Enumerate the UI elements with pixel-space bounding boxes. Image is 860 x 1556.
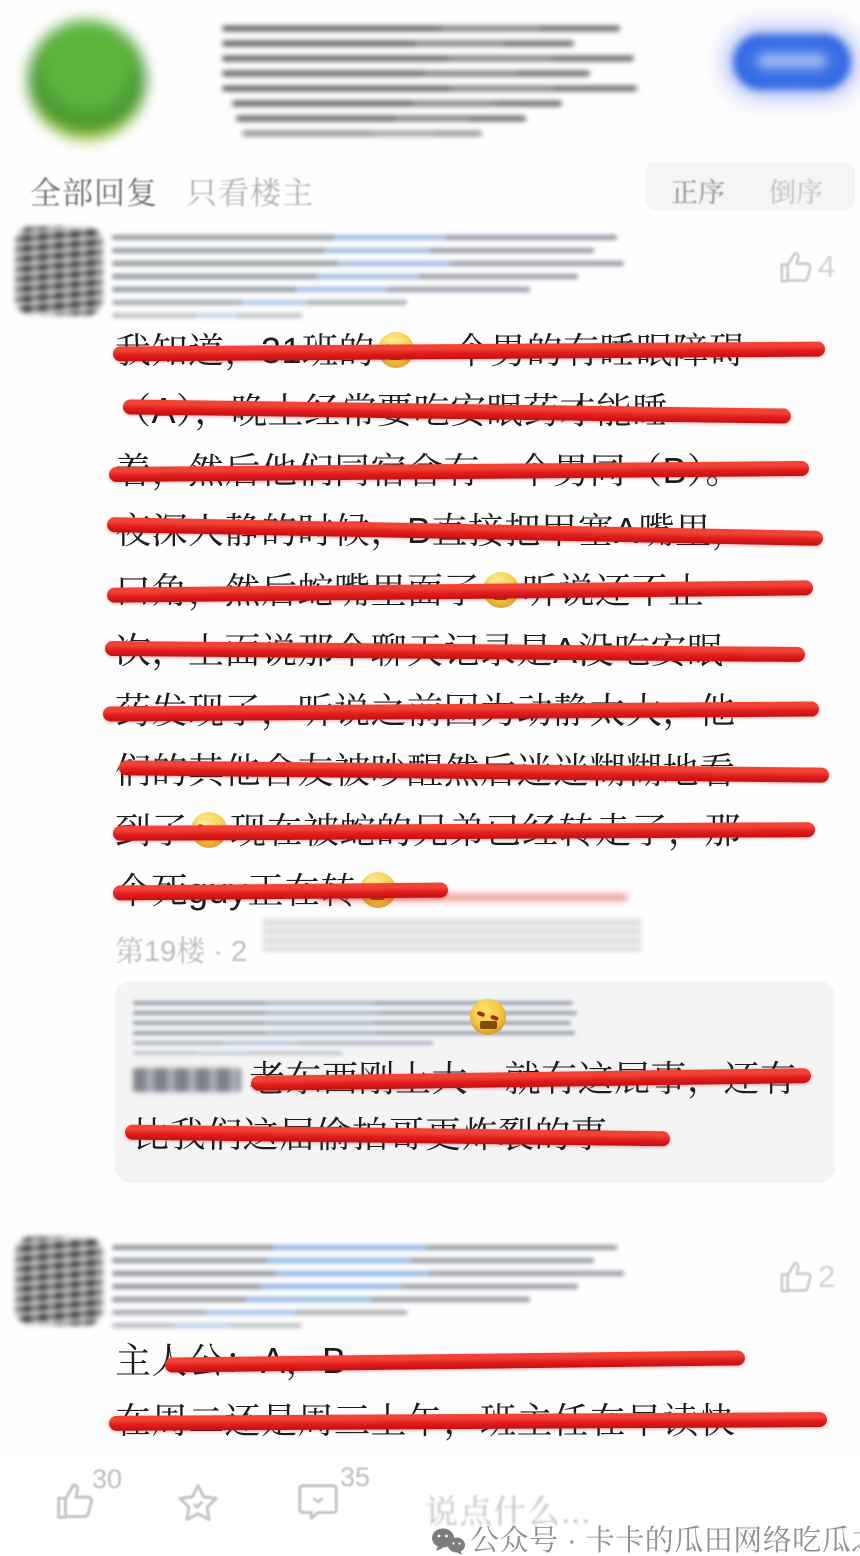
- sort-control: 正序 倒序: [645, 162, 855, 210]
- thumbs-up-icon: [776, 1257, 816, 1297]
- bottom-action-bar: 30 35 说点什么... 公众号 · 卡卡的瓜田网络吃瓜之家: [0, 1462, 860, 1556]
- like-button[interactable]: 4: [776, 247, 835, 287]
- comment-text-line: 药发现了，听说之前因为动静太大，他: [115, 681, 835, 741]
- like-count: 2: [818, 1259, 835, 1294]
- blurred-username: [112, 1237, 647, 1336]
- favorite-button[interactable]: [175, 1480, 221, 1531]
- comment-text-line: 主人公：A，B: [115, 1331, 835, 1391]
- comment-text-line: 们的其他舍友被吵醒然后迷迷糊糊地看: [115, 741, 835, 801]
- blurred-text: [133, 1068, 241, 1092]
- blurred-username: [112, 227, 647, 326]
- thread-like-count: 30: [92, 1464, 122, 1495]
- blurred-thread-title: [222, 16, 652, 146]
- comment-text-line: 个死guy正在转: [115, 861, 835, 921]
- sort-ascending-button[interactable]: 正序: [671, 171, 725, 210]
- blurred-timestamp: [262, 917, 642, 951]
- tab-all-replies[interactable]: 全部回复: [30, 168, 158, 213]
- tab-only-op[interactable]: 只看楼主: [186, 168, 314, 213]
- like-button[interactable]: 2: [776, 1257, 835, 1297]
- comment-text-line: 口角，然后蛇嘴里面了听说还不止一: [115, 561, 835, 621]
- star-icon: [175, 1480, 221, 1526]
- reply-tabbar: 全部回复 只看楼主 正序 倒序: [0, 158, 860, 212]
- sort-descending-button[interactable]: 倒序: [769, 171, 823, 210]
- comment-text-line: 老东西刚上大一就有这屁事，还有: [133, 1051, 823, 1107]
- watermark-text: 公众号 · 卡卡的瓜田网络吃瓜之家: [470, 1525, 860, 1556]
- comments-button[interactable]: [295, 1478, 341, 1529]
- thumbs-up-icon: [776, 247, 816, 287]
- like-count: 4: [818, 249, 835, 284]
- watermark: 公众号 · 卡卡的瓜田网络吃瓜之家: [430, 1518, 860, 1556]
- comment-text-line: 在周二还是周三上午，班主任在早读快: [115, 1391, 835, 1451]
- comment-bubble-icon: [295, 1478, 341, 1524]
- comment-text-line: 夜深人静的时候，B直接把甲塞A嘴里，: [115, 501, 835, 561]
- commenter-avatar[interactable]: [15, 227, 103, 315]
- comment-body: 我知道，31班的一个男的有睡眠障碍（A），晚上经常要吃安眠药才能睡着，然后他们同…: [115, 321, 835, 921]
- follow-button[interactable]: [733, 34, 851, 90]
- comment-text-line: 次，上面说那个聊天记录是A没吃安眠: [115, 621, 835, 681]
- comment-text-line: 比我们这届偷拍哥更炸裂的事: [133, 1107, 823, 1163]
- angry-emoji: [470, 999, 506, 1035]
- floor-label: 第19楼 · 2: [115, 929, 247, 970]
- thread-comment-count: 35: [340, 1462, 370, 1493]
- op-avatar[interactable]: [28, 20, 146, 140]
- comment-text-line: 着，然后他们同宿舍有一个男同（B）。: [115, 441, 835, 501]
- censor-strike-bar: [113, 883, 448, 901]
- quoted-reply-body: 老东西刚上大一就有这屁事，还有比我们这届偷拍哥更炸裂的事: [133, 1051, 823, 1163]
- quoted-reply-block[interactable]: 老东西刚上大一就有这屁事，还有比我们这届偷拍哥更炸裂的事: [115, 981, 835, 1183]
- wechat-icon: [430, 1526, 466, 1556]
- comment-text-line: 到了现在被蛇的兄弟已经转走了，那: [115, 801, 835, 861]
- commenter-avatar[interactable]: [15, 1237, 103, 1325]
- comment-text-line: （A），晚上经常要吃安眠药才能睡: [115, 381, 835, 441]
- comment-text-line: 我知道，31班的一个男的有睡眠障碍: [115, 321, 835, 381]
- comment-body: 主人公：A，B在周二还是周三上午，班主任在早读快: [115, 1331, 835, 1451]
